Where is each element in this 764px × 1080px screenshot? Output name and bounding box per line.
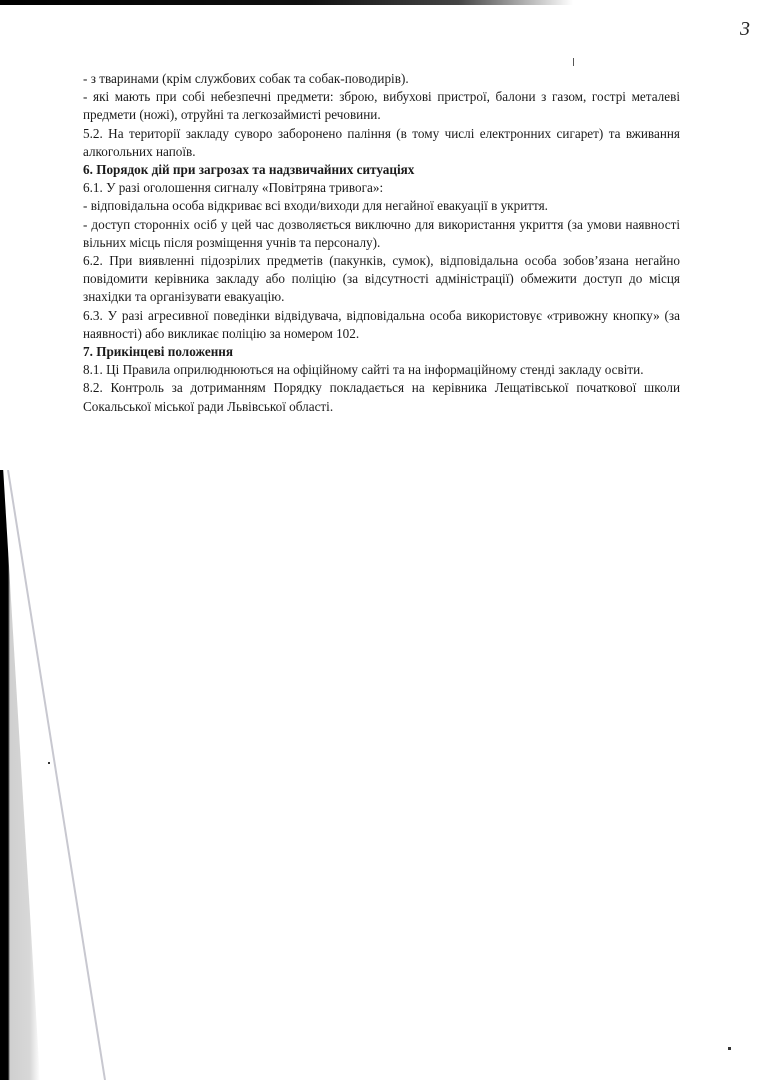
- page-number: 3: [740, 18, 750, 41]
- scan-speck: [728, 1047, 731, 1050]
- paragraph: 6.3. У разі агресивної поведінки відвіду…: [83, 307, 680, 343]
- scan-top-edge-shadow: [0, 0, 764, 5]
- paragraph: - доступ сторонніх осіб у цей час дозвол…: [83, 216, 680, 252]
- section-heading: 7. Прикінцеві положення: [83, 343, 680, 361]
- paragraph: 5.2. На території закладу суворо заборон…: [83, 125, 680, 161]
- paragraph: - які мають при собі небезпечні предмети…: [83, 88, 680, 124]
- paragraph: 8.1. Ці Правила оприлюднюються на офіцій…: [83, 361, 680, 379]
- scan-mark: [573, 58, 574, 66]
- paragraph: 6.2. При виявленні підозрілих предметів …: [83, 252, 680, 307]
- section-heading: 6. Порядок дій при загрозах та надзвичай…: [83, 161, 680, 179]
- paragraph: 8.2. Контроль за дотриманням Порядку пок…: [83, 379, 680, 415]
- scan-speck: [48, 762, 50, 764]
- scan-fold-line: [0, 470, 110, 1080]
- paragraph: - відповідальна особа відкриває всі вход…: [83, 197, 680, 215]
- paragraph: 6.1. У разі оголошення сигналу «Повітрян…: [83, 179, 680, 197]
- paragraph: - з тваринами (крім службових собак та с…: [83, 70, 680, 88]
- document-body: - з тваринами (крім службових собак та с…: [83, 70, 680, 416]
